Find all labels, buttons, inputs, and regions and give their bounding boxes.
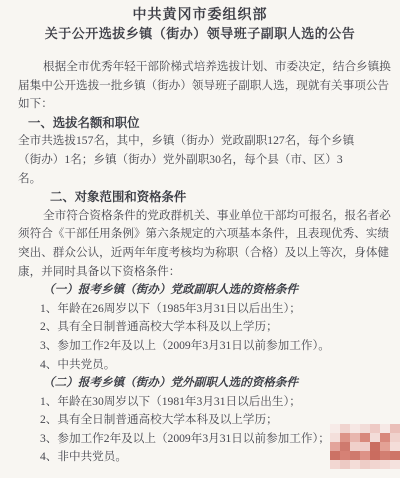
section2-line: 须符合《干部任用条例》第六条规定的六项基本条件，且表现优秀、实绩 xyxy=(18,225,390,244)
sub1-item: 2、具有全日制普通高校大学本科及以上学历； xyxy=(40,318,390,337)
sub1-item: 4、中共党员。 xyxy=(40,356,390,375)
sub1-item: 1、年龄在26周岁以下（1985年3月31日以后出生）； xyxy=(40,300,390,319)
intro-line: 如下： xyxy=(18,95,390,114)
sub2-heading: （二）报考乡镇（街办）党外副职人选的资格条件 xyxy=(43,374,390,393)
section2-line: 全市符合资格条件的党政群机关、事业单位干部均可报名，报名者必 xyxy=(18,207,390,226)
intro-line: 根据全市优秀年轻干部阶梯式培养选拔计划、市委决定，结合乡镇换 xyxy=(18,58,390,77)
pixelated-watermark xyxy=(330,424,400,469)
section2-line: 康，并同时具备以下资格条件： xyxy=(18,263,390,282)
document-title: 关于公开选拔乡镇（街办）领导班子副职人选的公告 xyxy=(0,25,400,43)
sub1-item: 3、参加工作2年及以上（2009年3月31日以前参加工作）。 xyxy=(40,337,390,356)
section1-heading: 一、选拔名额和职位 xyxy=(28,114,390,133)
scanned-announcement-document: 中共黄冈市委组织部 关于公开选拔乡镇（街办）领导班子副职人选的公告 根据全市优秀… xyxy=(0,0,400,478)
sub1-heading: （一）报考乡镇（街办）党政副职人选的资格条件 xyxy=(43,281,390,300)
sub2-item: 1、年龄在30周岁以下（1981年3月31日以后出生）； xyxy=(40,393,390,412)
intro-line: 届集中公开选拔一批乡镇（街办）领导班子副职人选，现就有关事项公告 xyxy=(18,77,390,96)
issuing-org-title: 中共黄冈市委组织部 xyxy=(0,6,400,25)
section1-line: 名。 xyxy=(18,170,390,189)
document-header: 中共黄冈市委组织部 关于公开选拔乡镇（街办）领导班子副职人选的公告 xyxy=(0,6,400,43)
section1-line: （街办）1名；乡镇（街办）党外副职30名，每个县（市、区）3 xyxy=(18,151,390,170)
document-body: 根据全市优秀年轻干部阶梯式培养选拔计划、市委决定，结合乡镇换 届集中公开选拔一批… xyxy=(18,58,390,467)
section2-heading: 二、对象范围和资格条件 xyxy=(50,188,390,207)
section1-line: 全市共选拔157名，其中，乡镇（街办）党政副职127名，每个乡镇 xyxy=(18,132,390,151)
section2-line: 突出、群众公认，近两年年度考核均为称职（合格）及以上等次，身体健 xyxy=(18,244,390,263)
